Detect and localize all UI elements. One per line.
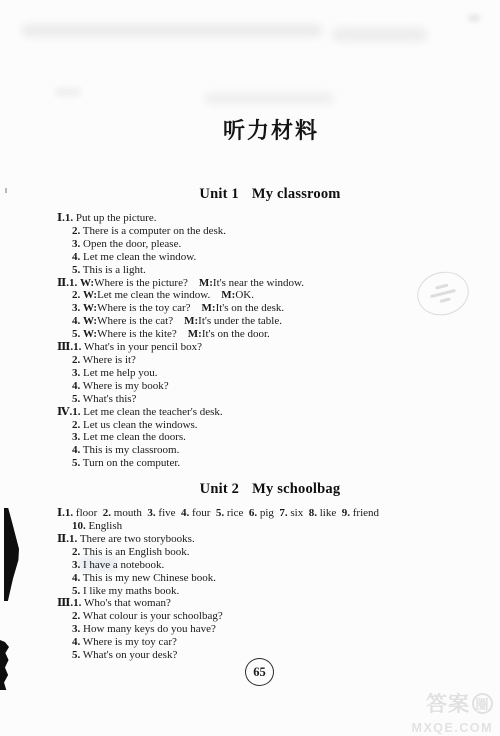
bold-marker: W: (83, 315, 97, 327)
bold-marker: Ⅲ.1. (57, 341, 81, 353)
bold-marker: Ⅳ.1. (57, 406, 80, 418)
line-text: What's in your pencil box? (81, 341, 202, 353)
line-text: This is my new Chinese book. (80, 572, 216, 584)
bold-marker: M: (188, 328, 202, 340)
scan-bleedthrough-smudge (205, 93, 333, 104)
line-text: It's under the table. (198, 315, 282, 327)
unit-number: Unit 1 (199, 186, 238, 202)
bold-marker: 2. (72, 546, 80, 558)
line-text: Where is the toy car? (97, 302, 201, 314)
line-text: This is an English book. (80, 546, 189, 558)
bold-marker: 3. (72, 559, 80, 571)
listening-line: 4. This is my classroom. (57, 444, 459, 457)
line-text: Let me help you. (80, 367, 157, 379)
bold-marker: 3. (72, 238, 80, 250)
listening-line: 4. W:Where is the cat? M:It's under the … (57, 315, 459, 328)
page-number-badge: 65 (245, 658, 274, 686)
bold-marker: 7. (279, 507, 287, 519)
bold-marker: 3. (72, 623, 80, 635)
line-text: Who's that woman? (81, 597, 170, 609)
listening-line: 2. This is an English book. (57, 546, 459, 559)
line-text: Where is my toy car? (80, 636, 177, 648)
bold-marker: Ⅱ.1. (57, 533, 77, 545)
listening-line: 3. Let me help you. (57, 367, 459, 380)
line-text: It's on the desk. (216, 302, 285, 314)
stamp-mark (435, 284, 448, 290)
page-number: 65 (253, 665, 266, 680)
listening-line: 2. Let us clean the windows. (57, 419, 459, 432)
listening-line: 2. W:Let me clean the window. M:OK. (57, 289, 459, 302)
bold-marker: 5. (72, 649, 80, 661)
bold-marker: 4. (72, 380, 80, 392)
listening-line: Ⅱ.1. W:Where is the picture? M:It's near… (57, 277, 459, 290)
bold-marker: W: (83, 289, 97, 301)
line-text: mouth (111, 507, 147, 519)
listening-line: 4. Where is my toy car? (57, 636, 459, 649)
scan-ink-blob (4, 508, 19, 601)
line-text: Let me clean the doors. (80, 431, 186, 443)
listening-line: 5. This is a light. (57, 264, 459, 277)
page-title: 听力材料 (21, 114, 500, 145)
listening-line: 2. There is a computer on the desk. (57, 225, 459, 238)
bold-marker: 5. (72, 328, 80, 340)
listening-line: 2. Where is it? (57, 354, 459, 367)
listening-line: 2. What colour is your schoolbag? (57, 610, 459, 623)
scan-bleedthrough-smudge (55, 88, 81, 96)
listening-materials-content: Unit 1My classroomⅠ.1. Put up the pictur… (57, 186, 459, 662)
bold-marker: 4. (72, 251, 80, 263)
listening-line: 3. Let me clean the doors. (57, 431, 459, 444)
line-text: Where is it? (80, 354, 136, 366)
line-text: Let me clean the window. (80, 251, 196, 263)
line-text: rice (224, 507, 249, 519)
listening-line: 4. Let me clean the window. (57, 251, 459, 264)
bold-marker: 9. (342, 507, 350, 519)
unit-heading: Unit 1My classroom (69, 186, 471, 203)
bold-marker: 6. (249, 507, 257, 519)
line-text: Let us clean the windows. (80, 419, 197, 431)
line-text: Where is the picture? (94, 277, 199, 289)
bold-marker: 3. (147, 507, 155, 519)
scan-bleedthrough-smudge (332, 27, 427, 42)
bold-marker: 3. (72, 431, 80, 443)
line-text: floor (73, 507, 103, 519)
unit-title: My classroom (252, 186, 341, 202)
watermark-site-url: MXQE.COM (412, 721, 493, 735)
line-text: Open the door, please. (80, 238, 181, 250)
line-text: This is a light. (80, 264, 146, 276)
line-text: six (288, 507, 309, 519)
unit-number: Unit 2 (200, 481, 239, 497)
bold-marker: Ⅲ.1. (57, 597, 81, 609)
line-text: four (189, 507, 216, 519)
bold-marker: M: (221, 289, 235, 301)
scanned-workbook-page: 听力材料 Unit 1My classroomⅠ.1. Put up the p… (0, 0, 500, 736)
watermark-brand-text: 答案 (426, 688, 470, 718)
bold-marker: Ⅰ.1. (57, 212, 73, 224)
bold-marker: 8. (309, 507, 317, 519)
bold-marker: 2. (72, 289, 80, 301)
line-text: OK. (235, 289, 254, 301)
scan-bleedthrough-smudge (468, 14, 480, 22)
listening-line: 10. English (57, 520, 459, 533)
line-text: This is my classroom. (80, 444, 179, 456)
bold-marker: 10. (72, 520, 86, 532)
bold-marker: 4. (72, 444, 80, 456)
line-text: I like my maths book. (80, 585, 179, 597)
listening-line: Ⅲ.1. Who's that woman? (57, 597, 459, 610)
bold-marker: 3. (72, 302, 80, 314)
bold-marker: W: (83, 302, 97, 314)
line-text: I have a notebook. (80, 559, 164, 571)
listening-line: 3. W:Where is the toy car? M:It's on the… (57, 302, 459, 315)
scan-bleedthrough-smudge (22, 24, 322, 37)
bold-marker: Ⅱ.1. (57, 277, 77, 289)
bold-marker: 2. (72, 225, 80, 237)
line-text: It's near the window. (213, 277, 304, 289)
line-text: Let me clean the window. (97, 289, 221, 301)
unit-title: My schoolbag (252, 481, 340, 497)
unit-heading: Unit 2My schoolbag (69, 481, 471, 498)
listening-line: 5. I like my maths book. (57, 585, 459, 598)
bold-marker: M: (202, 302, 216, 314)
bold-marker: 4. (72, 636, 80, 648)
listening-line: Ⅳ.1. Let me clean the teacher's desk. (57, 406, 459, 419)
watermark-logo: 答案 圈 (412, 688, 493, 718)
listening-line: 4. Where is my book? (57, 380, 459, 393)
bold-marker: 4. (72, 315, 80, 327)
listening-line: 3. How many keys do you have? (57, 623, 459, 636)
bold-marker: 5. (72, 457, 80, 469)
line-text: pig (257, 507, 279, 519)
line-text: Put up the picture. (73, 212, 156, 224)
line-text: like (317, 507, 342, 519)
scan-speck (5, 188, 7, 193)
watermark-circle-icon: 圈 (472, 693, 493, 714)
line-text: Where is the kite? (97, 328, 188, 340)
watermark: 答案 圈 MXQE.COM (412, 688, 493, 735)
bold-marker: 2. (72, 419, 80, 431)
line-text: Turn on the computer. (80, 457, 180, 469)
stamp-mark (430, 289, 456, 298)
listening-line: 5. W:Where is the kite? M:It's on the do… (57, 328, 459, 341)
bold-marker: 4. (72, 572, 80, 584)
listening-line: 5. Turn on the computer. (57, 457, 459, 470)
line-text: Where is my book? (80, 380, 168, 392)
bold-marker: 5. (72, 393, 80, 405)
bold-marker: M: (199, 277, 213, 289)
line-text: Where is the cat? (97, 315, 184, 327)
listening-line: 3. I have a notebook. (57, 559, 459, 572)
line-text: What's on your desk? (80, 649, 177, 661)
line-text: English (86, 520, 122, 532)
line-text: How many keys do you have? (80, 623, 216, 635)
bold-marker: 2. (72, 354, 80, 366)
listening-line: Ⅰ.1. Put up the picture. (57, 212, 459, 225)
bold-marker: 5. (216, 507, 224, 519)
line-text: friend (350, 507, 379, 519)
bold-marker: W: (83, 328, 97, 340)
line-text: It's on the door. (202, 328, 270, 340)
listening-line: Ⅱ.1. There are two storybooks. (57, 533, 459, 546)
line-text: What colour is your schoolbag? (80, 610, 222, 622)
line-text: There is a computer on the desk. (80, 225, 226, 237)
line-text: Let me clean the teacher's desk. (80, 406, 222, 418)
line-text: What's this? (80, 393, 136, 405)
bold-marker: 3. (72, 367, 80, 379)
listening-line: Ⅰ.1. floor 2. mouth 3. five 4. four 5. r… (57, 507, 459, 520)
scan-ink-blob (0, 640, 9, 690)
bold-marker: 2. (72, 610, 80, 622)
listening-line: 3. Open the door, please. (57, 238, 459, 251)
listening-line: Ⅲ.1. What's in your pencil box? (57, 341, 459, 354)
bold-marker: Ⅰ.1. (57, 507, 73, 519)
bold-marker: 5. (72, 264, 80, 276)
bold-marker: 5. (72, 585, 80, 597)
listening-line: 5. What's this? (57, 393, 459, 406)
line-text: five (156, 507, 181, 519)
line-text: There are two storybooks. (77, 533, 194, 545)
stamp-mark (439, 298, 450, 304)
bold-marker: 2. (103, 507, 111, 519)
bold-marker: W: (80, 277, 94, 289)
bold-marker: M: (184, 315, 198, 327)
listening-line: 4. This is my new Chinese book. (57, 572, 459, 585)
